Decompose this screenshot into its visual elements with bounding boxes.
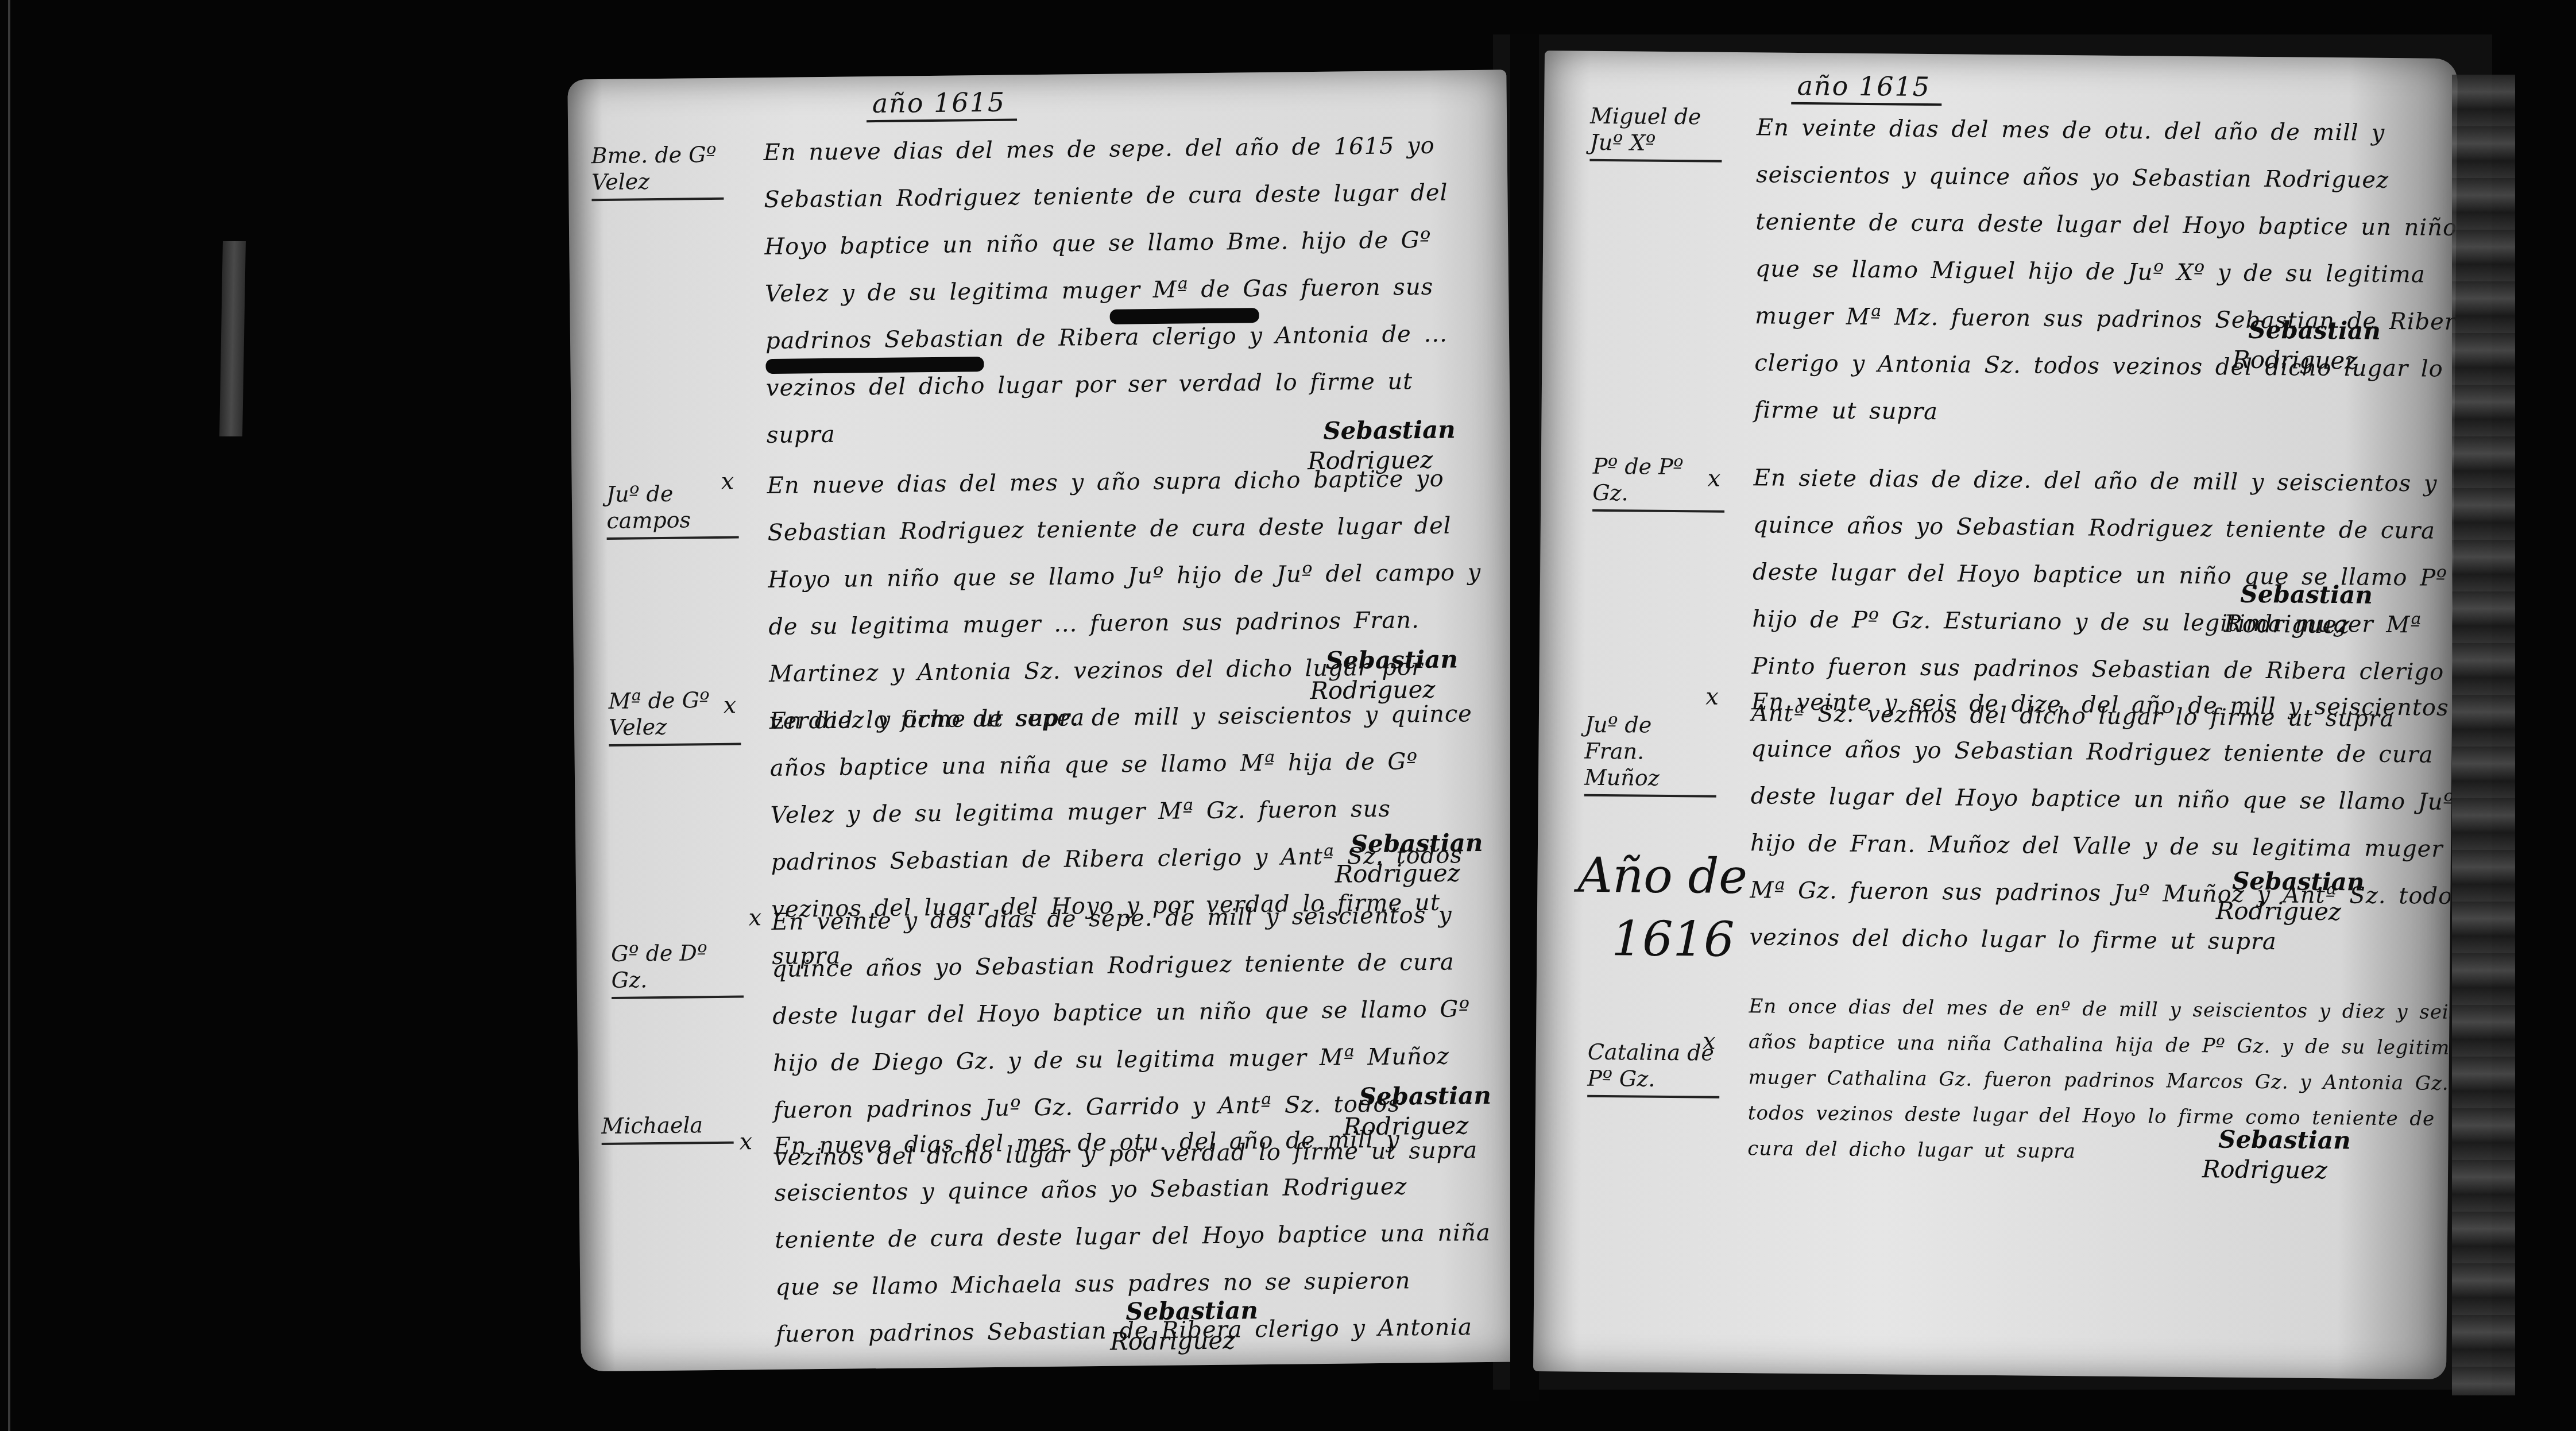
right-page: año 1615 Miguel de Juº Xº En veinte dias…	[1533, 51, 2458, 1379]
signature-given-name: Sebastian	[2166, 579, 2373, 610]
margin-note: Gº de Dº Gz.	[611, 939, 744, 999]
strikethrough	[765, 357, 984, 374]
signature-surname: Rodriguez	[2165, 609, 2372, 640]
margin-note: Bme. de Gº Velez	[591, 141, 724, 201]
signature-surname: Rodriguez	[2157, 895, 2364, 927]
year-marker: Año de 1616	[1577, 844, 1747, 972]
baptism-entry: En nueve dias del mes de sepe. del año d…	[763, 122, 1490, 459]
margin-note: Catalina de Pº Gz.	[1587, 1039, 1720, 1099]
left-page: año 1615 Bme. de Gº Velez En nueve dias …	[567, 70, 1519, 1372]
year-marker-label: Año de	[1577, 844, 1747, 908]
margin-note: Pº de Pº Gz.	[1592, 453, 1725, 513]
microfilm-frame-marker	[219, 241, 246, 436]
year-marker-value: 1616	[1577, 907, 1747, 972]
baptism-entry: En once dias del mes de enº de mill y se…	[1747, 988, 2458, 1173]
entry-mark: x	[739, 1128, 752, 1155]
signature-surname: Rodriguez	[1277, 858, 1484, 890]
signature-surname: Rodriguez	[2144, 1154, 2350, 1185]
signature-surname: Rodriguez	[1051, 1325, 1259, 1357]
margin-note: Mª de Gº Velez	[608, 687, 741, 747]
margin-note: Miguel de Juº Xº	[1589, 103, 1722, 163]
entry-mark: x	[1703, 1028, 1716, 1055]
signature-given-name: Sebastian	[1251, 644, 1459, 676]
entry-mark: x	[1705, 684, 1719, 710]
strikethrough	[1110, 308, 1259, 324]
signature-given-name: Sebastian	[2144, 1124, 2350, 1155]
signature: Sebastian Rodriguez	[2165, 579, 2373, 640]
microfilm-edge	[8, 0, 10, 1431]
signature-given-name: Sebastian	[1248, 415, 1456, 447]
signature: Sebastian Rodriguez	[2173, 315, 2381, 376]
margin-note: Juº de campos	[606, 480, 739, 540]
page-year-header: año 1615	[1791, 70, 1942, 106]
margin-note: Juº de Fran. Muñoz	[1584, 711, 1717, 798]
signature-given-name: Sebastian	[2157, 865, 2364, 897]
signature: Sebastian Rodriguez	[2144, 1124, 2351, 1185]
signature: Sebastian Rodriguez	[1276, 828, 1483, 890]
signature-given-name: Sebastian	[1051, 1295, 1259, 1328]
margin-note: Michaela	[601, 1112, 734, 1145]
signature: Sebastian Rodriguez	[1051, 1295, 1259, 1357]
entry-mark: x	[721, 469, 734, 495]
page-year-header: año 1615	[866, 86, 1017, 122]
signature-given-name: Sebastian	[1285, 1081, 1492, 1113]
signature-given-name: Sebastian	[2174, 315, 2381, 346]
signature-given-name: Sebastian	[1276, 828, 1483, 860]
entry-mark: x	[748, 904, 761, 931]
baptism-entry: En veinte dias del mes de otu. del año d…	[1754, 104, 2458, 440]
entry-mark: x	[723, 693, 736, 719]
signature: Sebastian Rodriguez	[2157, 865, 2365, 927]
entry-mark: x	[1707, 466, 1720, 492]
page-edges	[2452, 75, 2515, 1395]
signature-surname: Rodriguez	[2173, 345, 2380, 376]
